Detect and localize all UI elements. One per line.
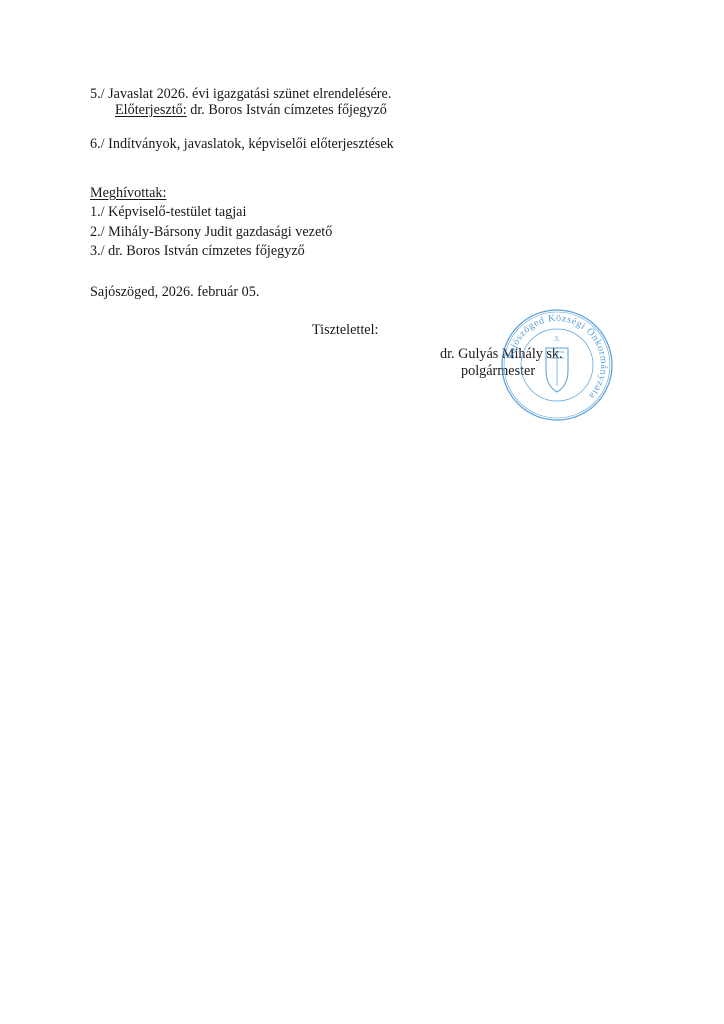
invited-heading: Meghívottak:: [90, 185, 166, 202]
agenda-item-6: 6./ Indítványok, javaslatok, képviselői …: [90, 136, 394, 153]
presenter-label: Előterjesztő:: [115, 102, 187, 118]
official-stamp-icon: Sajószöged Községi Önkormányzata 3.: [500, 308, 614, 422]
presenter-name: dr. Boros István címzetes főjegyző: [187, 102, 387, 118]
place-date: Sajószöged, 2026. február 05.: [90, 284, 259, 301]
invited-item: 3./ dr. Boros István címzetes főjegyző: [90, 243, 305, 260]
closing: Tisztelettel:: [312, 322, 378, 339]
agenda-item-5-presenter: Előterjesztő: dr. Boros István címzetes …: [115, 102, 387, 119]
svg-text:3.: 3.: [554, 335, 560, 343]
agenda-item-5: 5./ Javaslat 2026. évi igazgatási szünet…: [90, 86, 391, 103]
invited-item: 2./ Mihály-Bársony Judit gazdasági vezet…: [90, 224, 332, 241]
invited-item: 1./ Képviselő-testület tagjai: [90, 204, 246, 221]
